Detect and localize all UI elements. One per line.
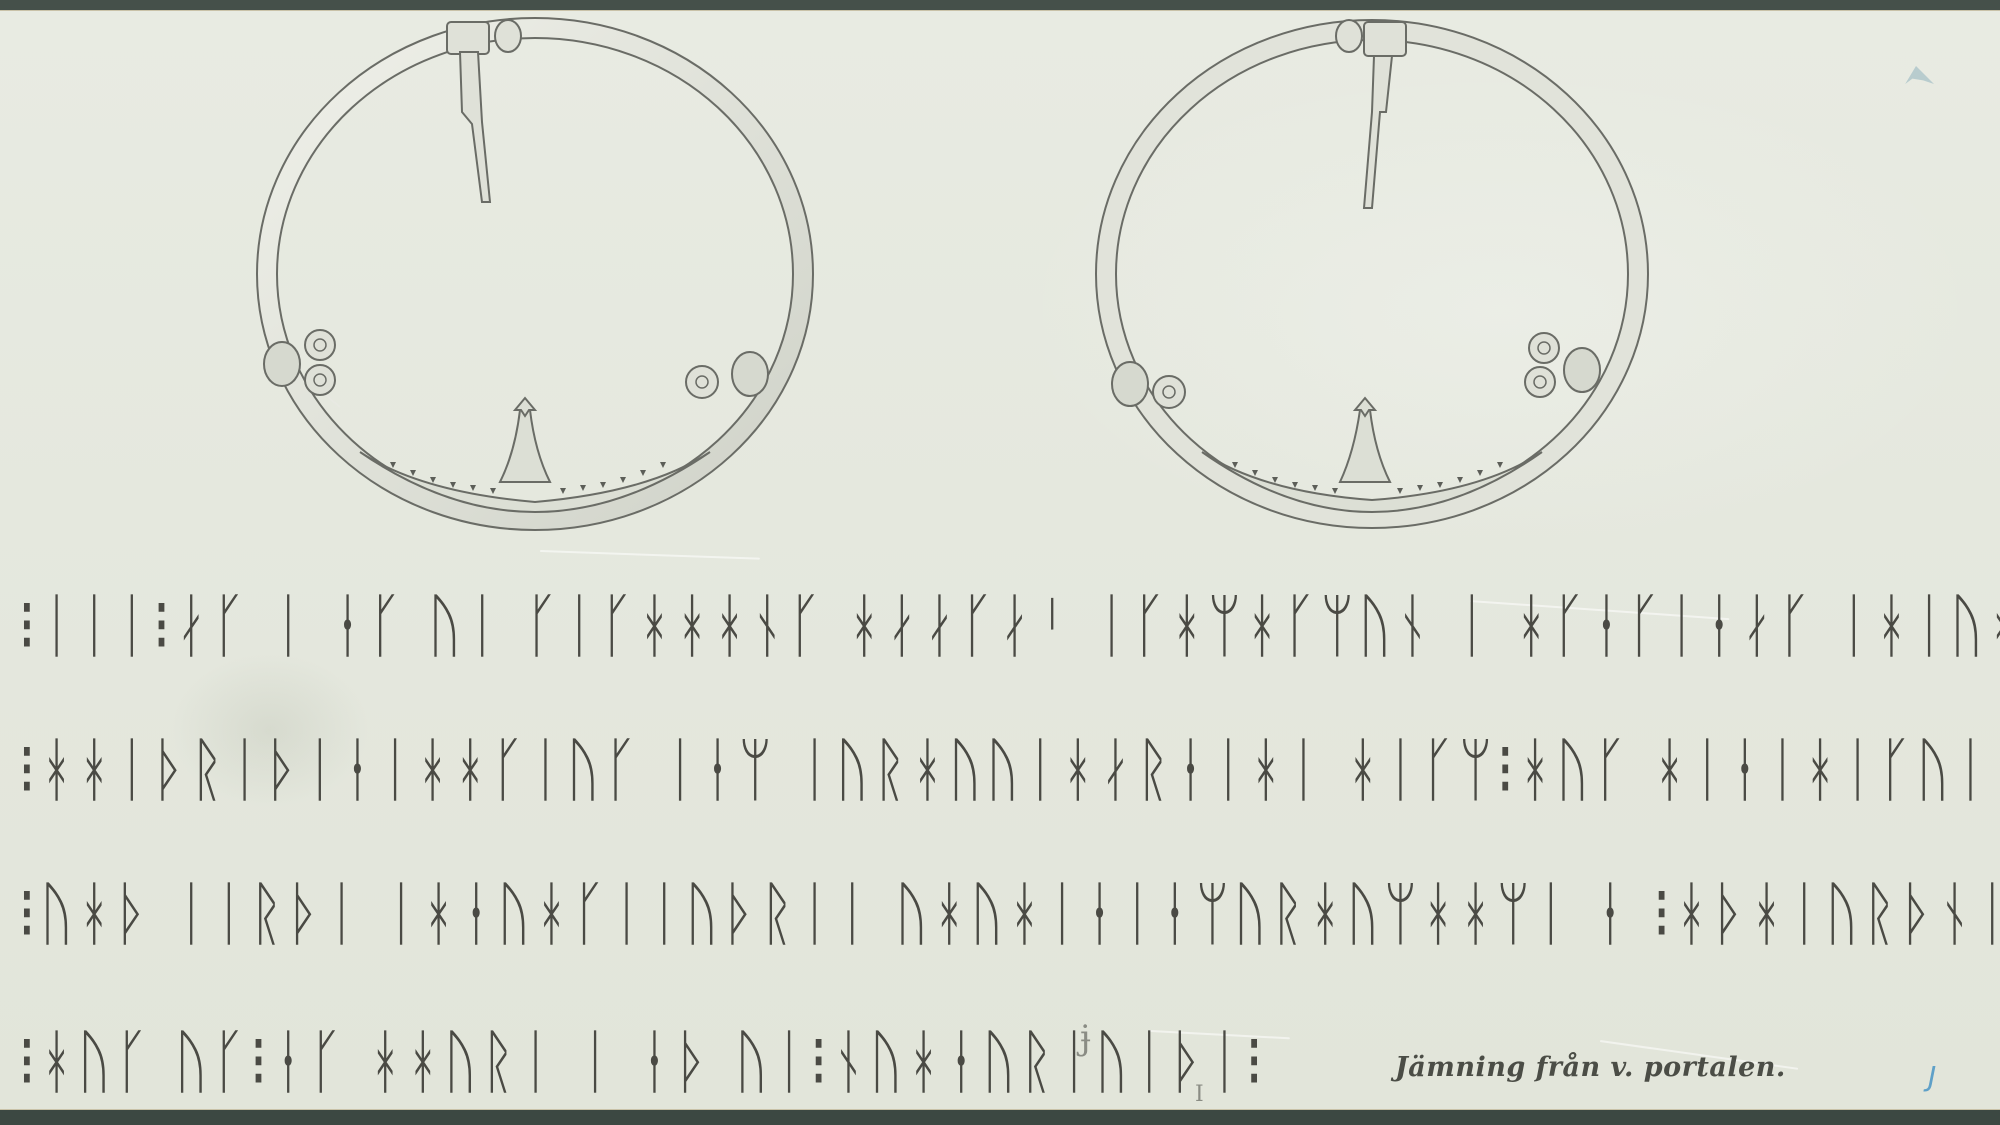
rune-inscription-row-2: ⁝ᚼᚼᛁᚦᚱᛁᚦᛁᚽᛁᚼᚼᚴᛁᚢᚴ ᛁᚽᛘ ᛁᚢᚱᚼᚢᚢᛁᚼᛅᚱᚽᛁᚼᛁ ᚼᛁᚴ… <box>18 736 2000 806</box>
right-brooch-illustration <box>1092 12 1652 552</box>
pencil-small-mark: I <box>1195 1082 1204 1107</box>
caption-signature: Jämning från v. portalen. <box>1395 1052 1786 1083</box>
scan-frame-bottom <box>0 1110 2000 1125</box>
scan-frame-top <box>0 0 2000 10</box>
left-brooch-illustration <box>250 12 820 572</box>
blue-pencil-mark: J <box>1928 1060 1936 1093</box>
rune-inscription-row-1: ⁝ᛁᛁᛁ⁝ᛅᚴ ᛁ ᚽᚴ ᚢᛁ ᚴᛁᚴᚼᚼᚼᚾᚴ ᚼᛅᛅᚴᛅᛌ ᛁᚴᚼᛘᚼᚴᛘᚢ… <box>18 592 2000 662</box>
pencil-mark: ɉ <box>1080 1018 1091 1058</box>
rune-inscription-row-3: ⁝ᚢᚼᚦ ᛁᛁᚱᚦᛁ ᛁᚼᚽᚢᚼᚴᛁᛁᚢᚦᚱᛁᛁ ᚢᚼᚢᚼᛁᚽᛁᚽᛘᚢᚱᚼᚢᛘᚼ… <box>18 880 2000 950</box>
